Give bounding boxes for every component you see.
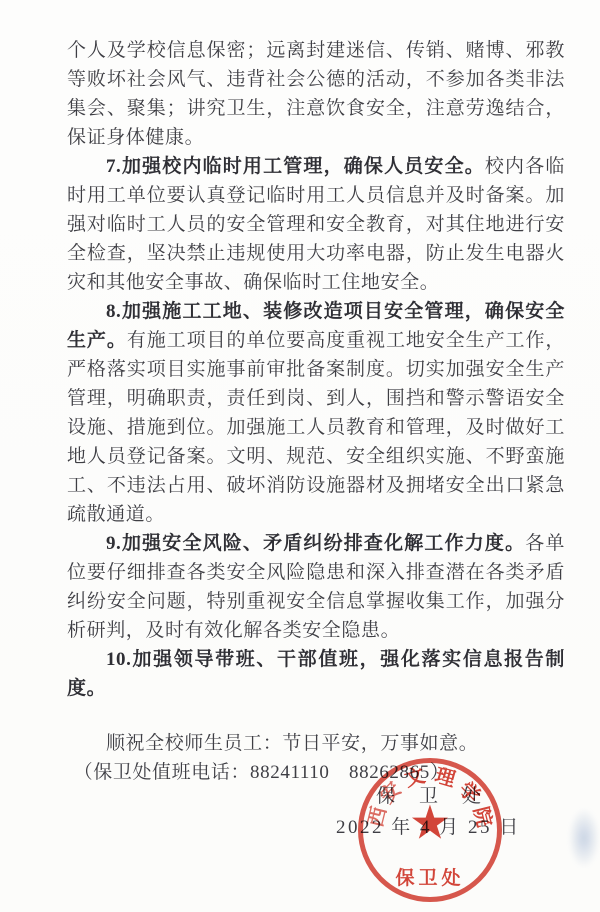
body-paragraph: 9.加强安全风险、矛盾纠纷排查化解工作力度。各单位要仔细排查各类安全风险隐患和深… <box>67 529 565 645</box>
body-paragraph: 个人及学校信息保密；远离封建迷信、传销、赌博、邪教等败坏社会风气、违背社会公德的… <box>67 36 565 152</box>
document-body: 个人及学校信息保密；远离封建迷信、传销、赌博、邪教等败坏社会风气、违背社会公德的… <box>67 36 565 787</box>
official-seal: 西 安 文 理 学 院 ★ 保卫处 <box>358 758 502 902</box>
body-paragraph: 10.加强领导带班、干部值班，强化落实信息报告制度。 <box>67 645 565 703</box>
blue-ink-smudge <box>563 798 600 878</box>
paragraph-lead: 9.加强安全风险、矛盾纠纷排查化解工作力度。 <box>106 533 525 554</box>
paragraph-text: 有施工项目的单位要高度重视工地安全生产工作，严格落实项目实施事前审批备案制度。切… <box>67 330 565 525</box>
paragraph-lead: 10.加强领导带班、干部值班，强化落实信息报告制度。 <box>67 649 565 699</box>
paragraph-text: 个人及学校信息保密；远离封建迷信、传销、赌博、邪教等败坏社会风气、违背社会公德的… <box>67 40 565 148</box>
star-icon: ★ <box>409 801 451 848</box>
body-paragraph: 7.加强校内临时用工管理，确保人员安全。校内各临时用工单位要认真登记临时用工人员… <box>67 152 565 297</box>
body-paragraph: 8.加强施工工地、装修改造项目安全管理，确保安全生产。有施工项目的单位要高度重视… <box>67 297 565 529</box>
closing-blessing-line: 顺祝全校师生员工：节日平安，万事如意。 <box>67 729 565 758</box>
document-page: 个人及学校信息保密；远离封建迷信、传销、赌博、邪教等败坏社会风气、违背社会公德的… <box>0 0 600 912</box>
seal-department-label: 保卫处 <box>358 863 502 890</box>
paragraph-lead: 7.加强校内临时用工管理，确保人员安全。 <box>106 156 485 177</box>
